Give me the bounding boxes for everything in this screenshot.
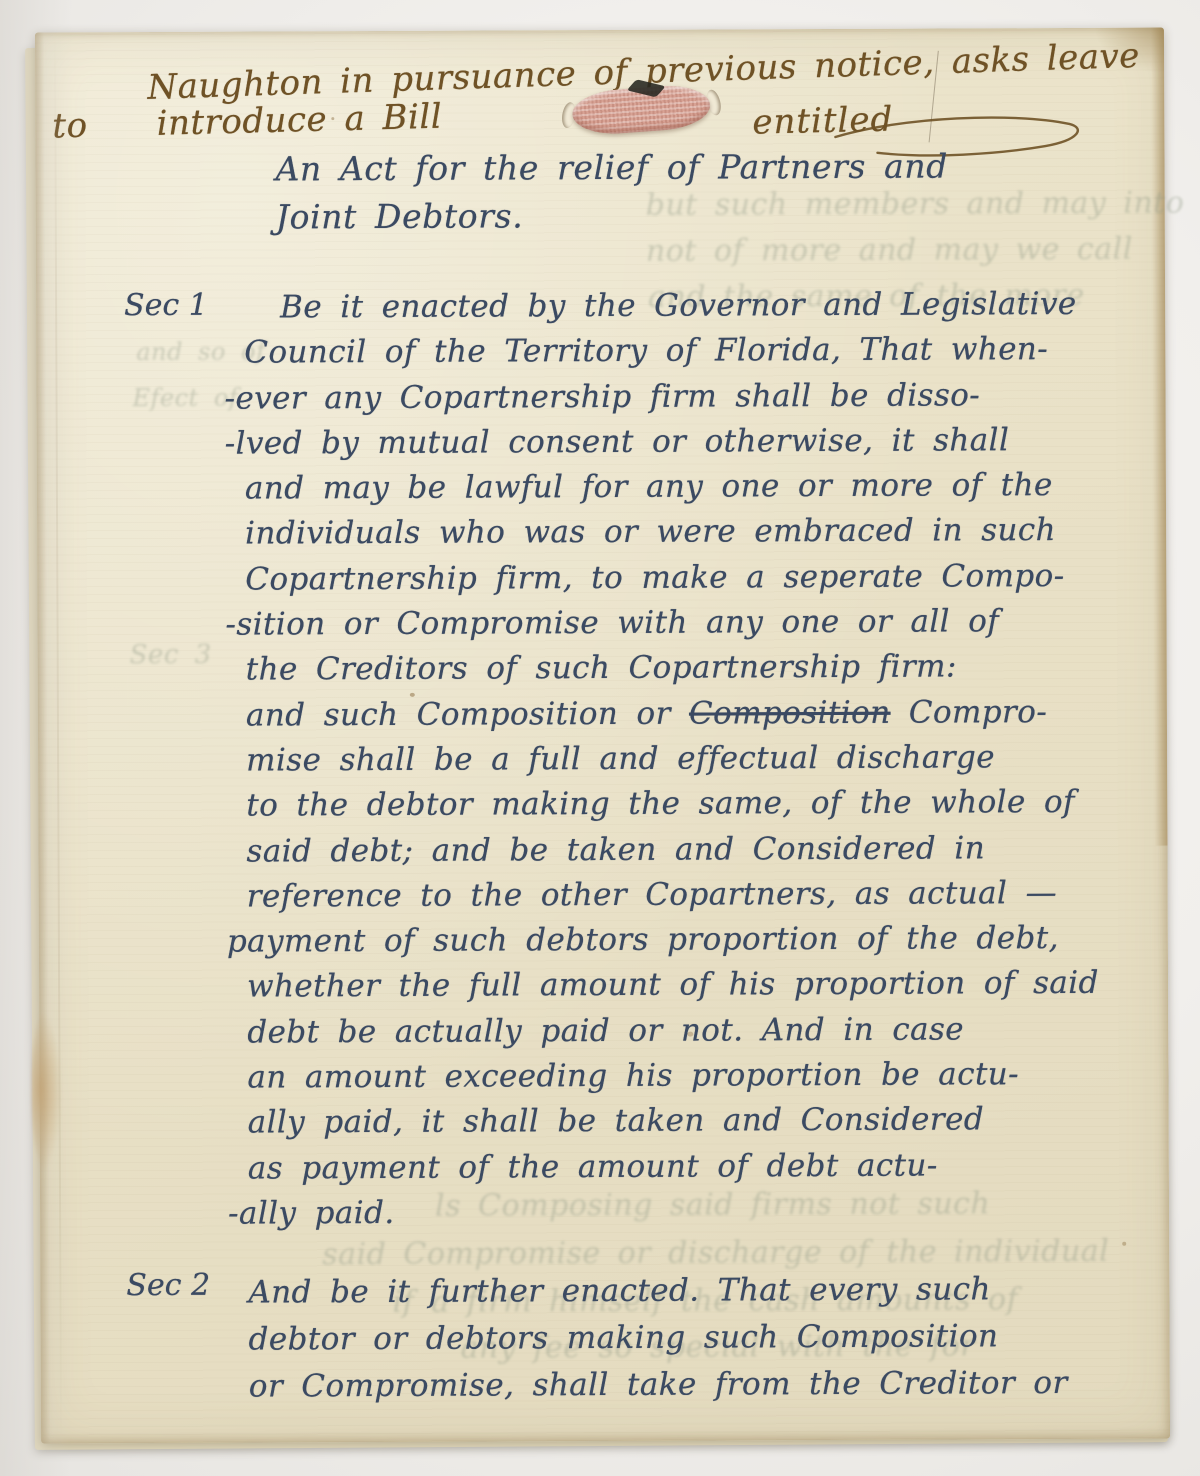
deckled-left-edge [35,32,50,1443]
manuscript-line: individuals who was or were embraced in … [245,512,1145,561]
line-text: and such Composition or [246,695,689,733]
bleed-through-line: Efect of [132,384,238,412]
wafer-slit-left [560,101,577,129]
manuscript-line: -ever any Copartnership firm shall be di… [224,376,1144,425]
foxing-speck [410,693,415,697]
bleed-through-line: any fee so special with the for [461,1328,976,1365]
manuscript-line: whether the full amount of his proportio… [247,965,1147,1014]
under-sheet-edge [25,40,1168,1450]
wafer-slit-right [704,88,723,116]
manuscript-line: payment of such debtors proportion of th… [227,920,1147,969]
foxing-speck [1122,1242,1126,1246]
manuscript-line: Council of the Territory of Florida, Tha… [244,331,1144,380]
manuscript-page: but such members and may into withe not … [35,28,1170,1444]
manuscript-line: and may be lawful for any one or more of… [245,467,1145,516]
manuscript-line: -sition or Compromise with any one or al… [225,603,1145,652]
manuscript-line-with-strikethrough: and such Composition or Composition Comp… [246,693,1146,742]
left-crease [54,32,62,1443]
manuscript-line: mise shall be a full and effectual disch… [246,739,1146,788]
manuscript-line: And be it further enacted. That every su… [248,1271,1148,1322]
manuscript-line: ally paid, it shall be taken and Conside… [248,1101,1148,1150]
bleed-through-line: Sec 3 [130,640,212,670]
manuscript-line: said debt; and be taken and Considered i… [246,829,1146,878]
foxing-speck [331,117,334,120]
manuscript-line: to the debtor making the same, of the wh… [246,784,1146,833]
manuscript-line: an amount exceeding his proportion be ac… [247,1056,1147,1105]
section-2-label: Sec 2 [126,1268,210,1303]
bill-title-line1: An Act for the relief of Partners and [275,146,948,188]
clerk-note-entitled: entitled [752,99,894,142]
ink-blot [627,79,666,97]
wafer-seal-icon [571,83,712,137]
bleed-through-line: ls Composing said firms not such [435,1186,990,1223]
manuscript-line: as payment of the amount of debt actu- [248,1146,1148,1195]
bleed-through-line: if a firm himself the cash amounts of [392,1282,1018,1320]
manuscript-line: debt be actually paid or not. And in cas… [247,1010,1147,1059]
bleed-through-line: said Compromise or discharge of the indi… [322,1234,1109,1272]
clerk-note-line2: to introduce a Bill [52,97,443,147]
manuscript-line: Copartnership firm, to make a seperate C… [245,557,1145,606]
bleed-through-line: and the same of the more [648,278,1085,315]
struck-word: Composition [689,694,891,731]
browned-top-right-corner [1094,28,1164,74]
pen-flourish [833,110,1093,181]
manuscript-line: -ally paid. [228,1192,1148,1241]
photo-background: but such members and may into withe not … [0,0,1200,1476]
manuscript-line: Be it enacted by the Governor and Legisl… [244,286,1144,335]
clerk-note-line1: Naughton in pursuance of previous notice… [147,36,1141,108]
worn-edge-spot [31,1010,62,1170]
hairline-scratch [929,51,939,143]
manuscript-line: reference to the other Copartners, as ac… [247,874,1147,923]
bleed-through-line: but such members and may into withe [646,185,1200,223]
bleed-through-line: not of more and may we call [646,232,1133,269]
browned-right-edge [1151,28,1168,846]
manuscript-line: the Creditors of such Copartnership firm… [246,648,1146,697]
section-2-body: And be it further enacted. That every su… [248,1271,1149,1416]
manuscript-line: -lved by mutual consent or otherwise, it… [225,422,1145,471]
foxing-speck [687,1032,693,1037]
bleed-through-line: and so of [136,337,265,366]
manuscript-line: or Compromise, shall take from the Credi… [249,1365,1149,1416]
section-1-body: Be it enacted by the Governor and Legisl… [244,286,1148,1241]
manuscript-line: debtor or debtors making such Compositio… [249,1318,1149,1369]
bill-title-line2: Joint Debtors. [276,196,524,236]
section-1-label: Sec 1 [124,288,208,323]
line-text: Compro- [890,694,1047,731]
